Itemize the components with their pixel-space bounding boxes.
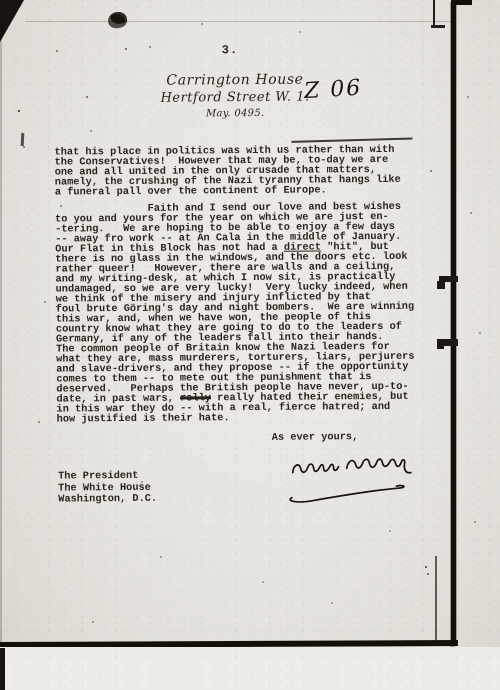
body-text: a funeral pall over the continent of Eur… (55, 184, 327, 198)
signature (280, 445, 416, 512)
body-text: how justified is their hate. (57, 412, 230, 425)
letterhead-phone: May. 0495. (130, 107, 340, 120)
body-paragraph: Faith and I send our love and best wishe… (55, 201, 457, 424)
closing-salutation: As ever yours, (272, 432, 359, 443)
handwritten-signature-icon (280, 445, 416, 507)
handwritten-annotation: Z 06 (303, 76, 363, 104)
letter-body: that his place in politics was with us r… (54, 144, 456, 431)
body-line: a funeral pall over the continent of Eur… (55, 184, 455, 197)
recipient-address: The President The White House Washington… (58, 471, 157, 507)
pen-rule-line (291, 137, 412, 142)
body-paragraph: that his place in politics was with us r… (54, 144, 454, 197)
page-number: 3. (222, 45, 238, 55)
scanned-letter-page: 3. Carrington House Hertford Street W. 1… (0, 0, 500, 690)
letter-content: 3. Carrington House Hertford Street W. 1… (0, 0, 500, 690)
recipient-line: Washington, D.C. (58, 494, 157, 506)
